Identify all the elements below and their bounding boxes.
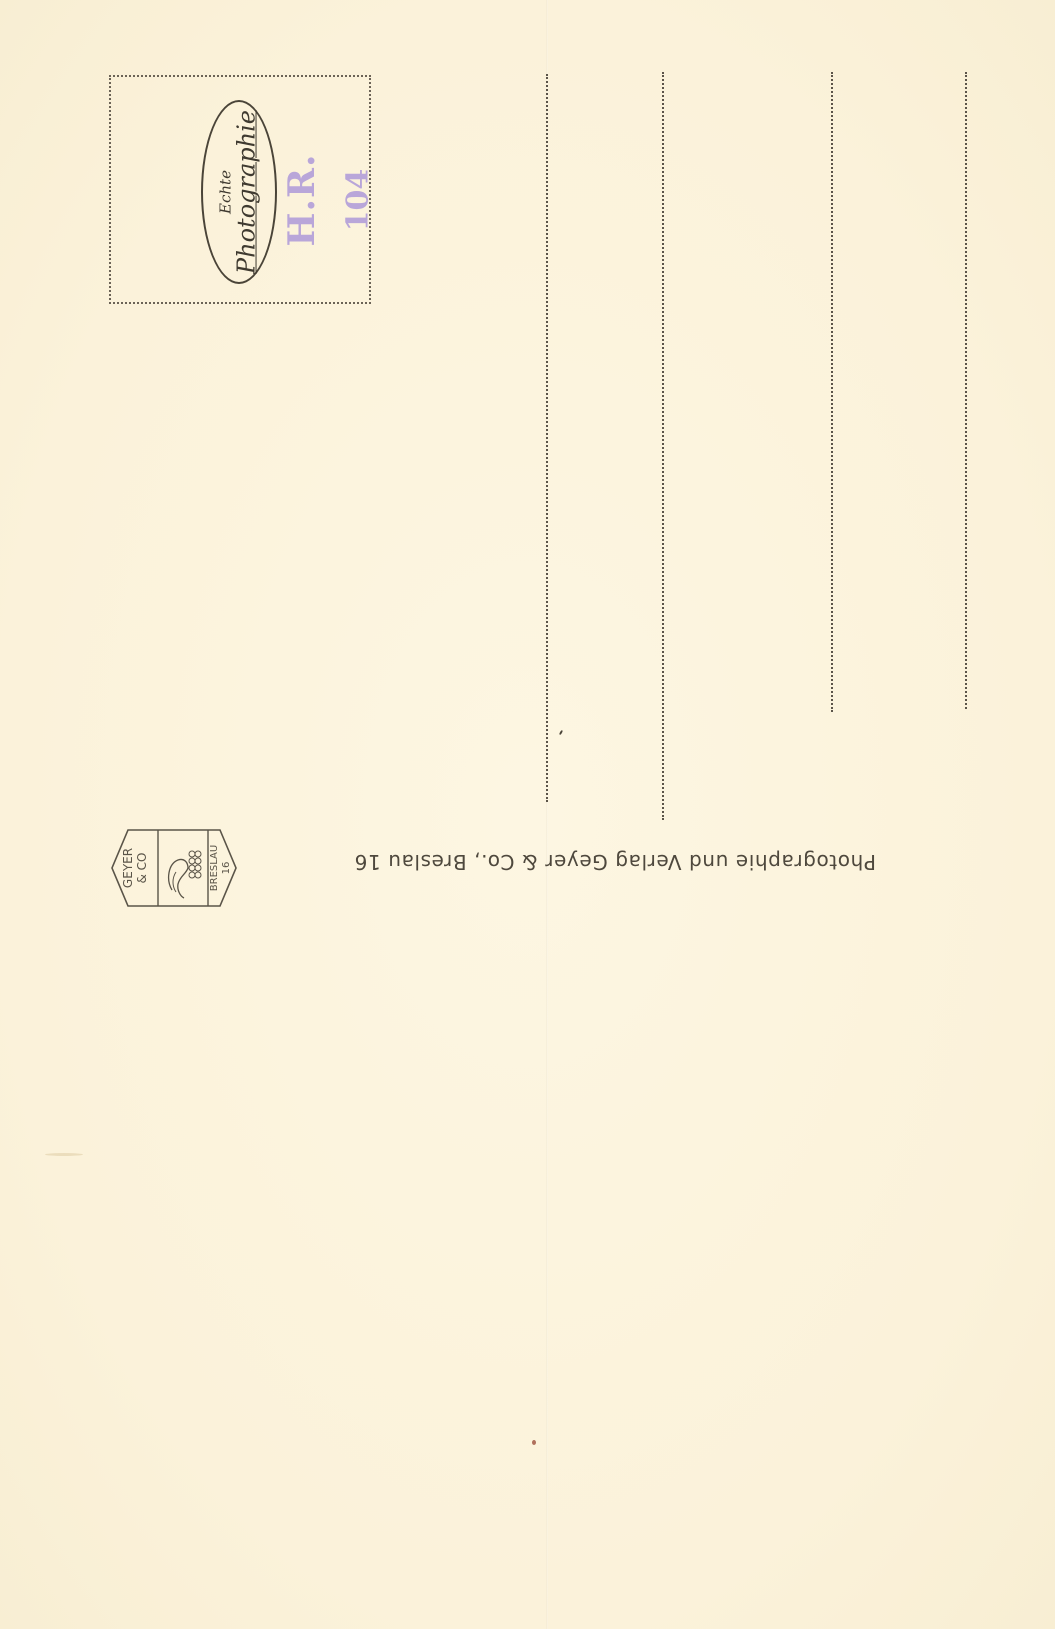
oval-stamp-line2: Photographie: [234, 110, 259, 274]
svg-text:GEYER: GEYER: [121, 848, 135, 888]
address-line-4: [965, 72, 967, 709]
paper-speck: [45, 1153, 83, 1156]
svg-text:16: 16: [221, 862, 232, 875]
address-line-1: [546, 74, 548, 802]
oval-stamp-text: Echte Photographie: [219, 110, 260, 274]
paper-speck: [532, 1440, 536, 1445]
svg-text:BRESLAU: BRESLAU: [209, 845, 220, 891]
address-line-3: [831, 72, 833, 712]
svg-text:& CO: & CO: [135, 853, 149, 884]
address-line-2: [662, 72, 664, 820]
publisher-emblem-icon: GEYER & CO BRESLAU 16: [110, 828, 238, 908]
publisher-imprint: Photographie und Verlag Geyer & Co., Bre…: [265, 848, 965, 876]
purple-stamp-initials: H.R.: [281, 154, 323, 247]
purple-stamp-number: 104: [341, 169, 376, 232]
